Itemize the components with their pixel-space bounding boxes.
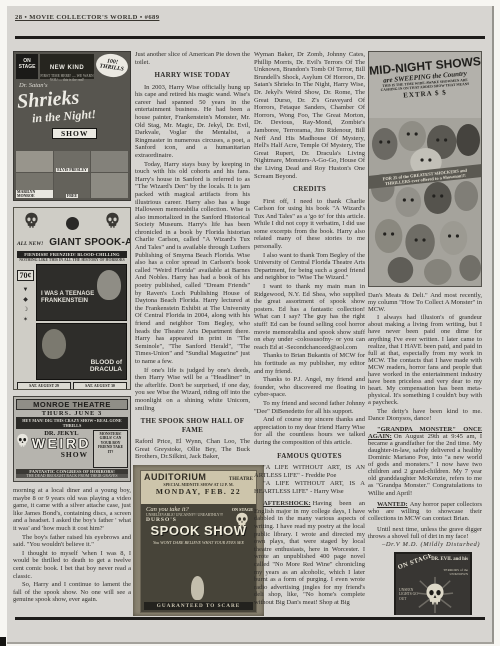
paragraph: Raford Price, El Wynn, Chan Loo, The Gre… (135, 438, 250, 461)
skull-icon (105, 212, 120, 235)
grandpa-monster-paragraph: "GRANDPA MONSTER" ONCE AGAIN:On August 2… (368, 426, 482, 497)
montage-panel (91, 151, 128, 172)
spookathon-title: GIANT SPOOK-A-THON (49, 237, 131, 248)
paragraph: Just another slice of American Pie down … (135, 51, 250, 66)
durso-venue-line: AUDITORIUM THEATRE (141, 471, 256, 482)
montage-panel: ELVIS PRESLEY (54, 151, 91, 172)
shrieks-poster: ON STAGE NEW KIND FIRST TIME HERE! — WE … (13, 51, 131, 201)
paragraph: To my friend and second father Johnny "D… (254, 400, 365, 415)
quote-harry-wise: "A LIFE WITHOUT ART, IS A HEARTLESS LIFE… (254, 480, 365, 495)
spookathon-tagline2: NOTHING LIKE THIS IN ALL THE HISTORY OF … (17, 258, 127, 262)
section-heading-credits: CREDITS (254, 185, 365, 193)
paragraph: And of course my sincere thanks and appr… (254, 416, 365, 446)
column-a-text: morning at a local diner and a young boy… (13, 487, 131, 604)
spookathon-date-row: SAT. AUGUST 29 SAT. AUGUST 30 (17, 382, 127, 390)
dr-evil-label: DR. EVIL and his (431, 557, 468, 562)
aftershock-text: Having been an English major in my colle… (254, 500, 365, 606)
show-box: SHOW (52, 128, 97, 139)
dead-banner: THE DEAD BROUGHT BACK FROM THEIR GRAVES (16, 474, 128, 478)
new-kind-label: NEW KIND (50, 65, 84, 71)
wont-dare-line: You WONT DARE BELIEVE WHAT YOUR EYES SEE (141, 540, 256, 545)
durso-poster-photo: AUDITORIUM THEATRE SPECIAL MIDNITE SHOW … (133, 465, 264, 616)
column-a: ON STAGE NEW KIND FIRST TIME HERE! — WE … (13, 51, 131, 605)
frankenstein-panel: I WAS A TEENAGE FRANKENSTEIN (36, 264, 127, 321)
durso-date: MONDAY, FEB. 22 (141, 487, 256, 496)
monroe-tagline: HEY MAN! DIG THIS CRAZY SHOW • REAL GONE… (16, 417, 128, 429)
girls-label: GIRLS! CAN YOUR BOY FRIEND TAKE IT? (95, 436, 126, 454)
paragraph: I want to thank my main man in Ridgewood… (254, 283, 365, 351)
paragraph: Thanks to Brian Bukantis of MCW for his … (254, 352, 365, 375)
section-heading-hall-of-fame: THE SPOOK SHOW HALL OF FAME (135, 417, 250, 434)
paragraph: If one's life is judged by one's deeds, … (135, 367, 250, 413)
paragraph: I also want to thank Tom Begley of the U… (254, 252, 365, 282)
dracula-title: BLOOD of DRACULA (76, 360, 122, 373)
durso-poster: AUDITORIUM THEATRE SPECIAL MIDNITE SHOW … (140, 470, 257, 613)
price-label: 70¢ (17, 270, 34, 281)
movie-panels: I WAS A TEENAGE FRANKENSTEIN BLOOD of DR… (36, 264, 127, 380)
monroe-date: THURS. JUNE 3 (16, 410, 128, 417)
paragraph: Today, Harry stays busy by keeping in to… (135, 161, 250, 366)
montage-panel (91, 173, 128, 198)
wanted-paragraph: WANTED:Any horror paper collectors who a… (368, 501, 482, 522)
spider-icon: ✶ (17, 315, 34, 325)
on-stage-skull: ON STAGE (232, 507, 253, 530)
on-stage-label: ON STAGE (397, 552, 434, 571)
date-box-2: SAT. AUGUST 30 (73, 382, 127, 390)
monster-face-shape (97, 270, 121, 300)
on-stage-box: ON STAGE (16, 54, 38, 79)
section-heading-harry-wise-today: HARRY WISE TODAY (135, 71, 250, 79)
header-rule (15, 36, 485, 39)
dr-evil-poster: ON STAGE DR. EVIL and his TERRORS of the… (394, 552, 472, 615)
new-kind-box: NEW KIND FIRST TIME HERE! — WE WARN YOU … (40, 54, 94, 79)
spookathon-body: 70¢ ▼ ◆ ☽ ✶ I WAS A TEENAGE FRANKENSTEIN… (17, 264, 127, 380)
guaranteed-banner: GUARANTEED TO SCARE (144, 602, 253, 610)
cat-icon: ◆ (17, 295, 34, 305)
monroe-title-stack: DR. JEKYL WEIRD SHOW (32, 430, 91, 468)
scan-corner-mark (0, 637, 6, 646)
column-c: Wyman Baker, Dr Zomb, Johnny Cates, Phil… (254, 51, 365, 617)
midnight-shows-poster: MID-NIGHT SHOWS— are SWEEPING the Countr… (368, 51, 482, 287)
weird-show-label: SHOW (58, 450, 91, 459)
column-d: MID-NIGHT SHOWS— are SWEEPING the Countr… (368, 51, 482, 615)
author-signature: –Dr.V M.D. (Mildly Disturbed) (368, 541, 482, 548)
column-b: Just another slice of American Pie down … (135, 51, 250, 462)
monroe-poster: MONROE THEATRE THURS. JUNE 3 HEY MAN! DI… (13, 396, 131, 482)
paragraph: I always had illusion's of grandeur abou… (368, 314, 482, 406)
paragraph: In 2003, Harry Wise officially hung up h… (135, 84, 250, 160)
price-rail: 70¢ ▼ ◆ ☽ ✶ (17, 264, 34, 380)
paragraph: Wyman Baker, Dr Zomb, Johnny Cates, Phil… (254, 51, 365, 180)
montage-panel: FREE (54, 173, 91, 198)
montage-panel: MARILYN MONROE (16, 173, 53, 198)
skull-icon (235, 512, 249, 529)
monsters-box: MONSTERS! GIRLS! CAN YOUR BOY FRIEND TAK… (93, 430, 128, 468)
column-d-text: Dan's Meats & Deli." And most recently, … (368, 292, 482, 548)
bat-icon: ▼ (17, 285, 34, 295)
paragraph: morning at a local diner and a young boy… (13, 487, 131, 533)
montage-panel (16, 151, 53, 172)
paragraph: So, Harry and I continue to lament the f… (13, 581, 131, 604)
skull-icon (24, 212, 39, 235)
free-caption: FREE (66, 194, 78, 198)
terrors-label: TERRORS of the UNKNOWN (434, 568, 468, 576)
shrieks-montage: ELVIS PRESLEY MARILYN MONROE FREE (16, 151, 128, 198)
weird-title: WEIRD (32, 437, 91, 450)
paragraph: Thanks to P.J. Angel, my friend and foun… (254, 376, 365, 399)
wanted-lead: WANTED: (377, 501, 408, 508)
monroe-theatre-name: MONROE THEATRE (16, 399, 128, 410)
section-heading-famous-quotes: FAMOUS QUOTES (254, 452, 365, 460)
frankenstein-title: I WAS A TEENAGE FRANKENSTEIN (41, 291, 96, 304)
shrieks-top-strip: ON STAGE NEW KIND FIRST TIME HERE! — WE … (16, 54, 128, 79)
aftershock-lead: AFTERSHOCK: (263, 500, 311, 507)
spookathon-title-line: ALL NEW! GIANT SPOOK-A-THON (17, 235, 127, 250)
elvis-caption: ELVIS PRESLEY (56, 168, 88, 172)
auditorium-label: AUDITORIUM (144, 472, 206, 482)
all-new-label: ALL NEW! (17, 241, 43, 247)
closing-paragraph: Until next time, unless the grave digger… (368, 526, 482, 540)
page-header: 28 • MOVIE COLLECTOR'S WORLD • #689 (15, 14, 159, 21)
aftershock-paragraph: AFTERSHOCK:Having been an English major … (254, 500, 365, 606)
paragraph: First off, I need to thank Charlie Carls… (254, 198, 365, 251)
spookathon-skull-row (17, 211, 127, 235)
paragraph: The boy's father raised his eyebrows and… (13, 534, 131, 549)
new-kind-subline: FIRST TIME HERE! — WE WARN YOU — this is… (40, 74, 94, 82)
date-box-1: SAT. AUGUST 29 (17, 382, 71, 390)
monroe-caption: MARILYN MONROE (16, 190, 53, 198)
dracula-panel: BLOOD of DRACULA (36, 323, 127, 380)
grandpa-monster-text: On August 29th at 9:45 am, I became a gr… (368, 433, 482, 497)
spookathon-tagline: FIENDISH! FRENZIED! BLOOD-CHILLING (17, 251, 127, 258)
paragraph: I thought to myself 'when I was 8, I wou… (13, 550, 131, 580)
skull-icon (16, 430, 30, 468)
magazine-page: 28 • MOVIE COLLECTOR'S WORLD • #689 ON S… (7, 6, 494, 644)
durso-dark-panel: ON STAGE Can you take it? UNBELIEVABLE! … (141, 504, 256, 612)
spookathon-poster: ALL NEW! GIANT SPOOK-A-THON FIENDISH! FR… (13, 207, 131, 390)
skull-face-icon (416, 576, 454, 615)
quote-freddie-poe: "A LIFE WITHOUT ART, IS AN ARTLESS LIFE"… (254, 464, 365, 479)
monster-face-shape (42, 329, 66, 359)
ghost-icon: ☽ (17, 305, 34, 315)
paragraph: Dan's Meats & Deli." And most recently, … (368, 292, 482, 313)
monroe-center-block: DR. JEKYL WEIRD SHOW MONSTERS! GIRLS! CA… (16, 430, 128, 468)
thrills-burst: 100! THRILLS (95, 52, 130, 79)
footer-rule (15, 617, 485, 620)
moon-circle (66, 217, 79, 230)
monster-montage (369, 118, 481, 286)
ghost-figure (191, 576, 204, 600)
paragraph: The deity's have been kind to me. Dance … (368, 408, 482, 422)
